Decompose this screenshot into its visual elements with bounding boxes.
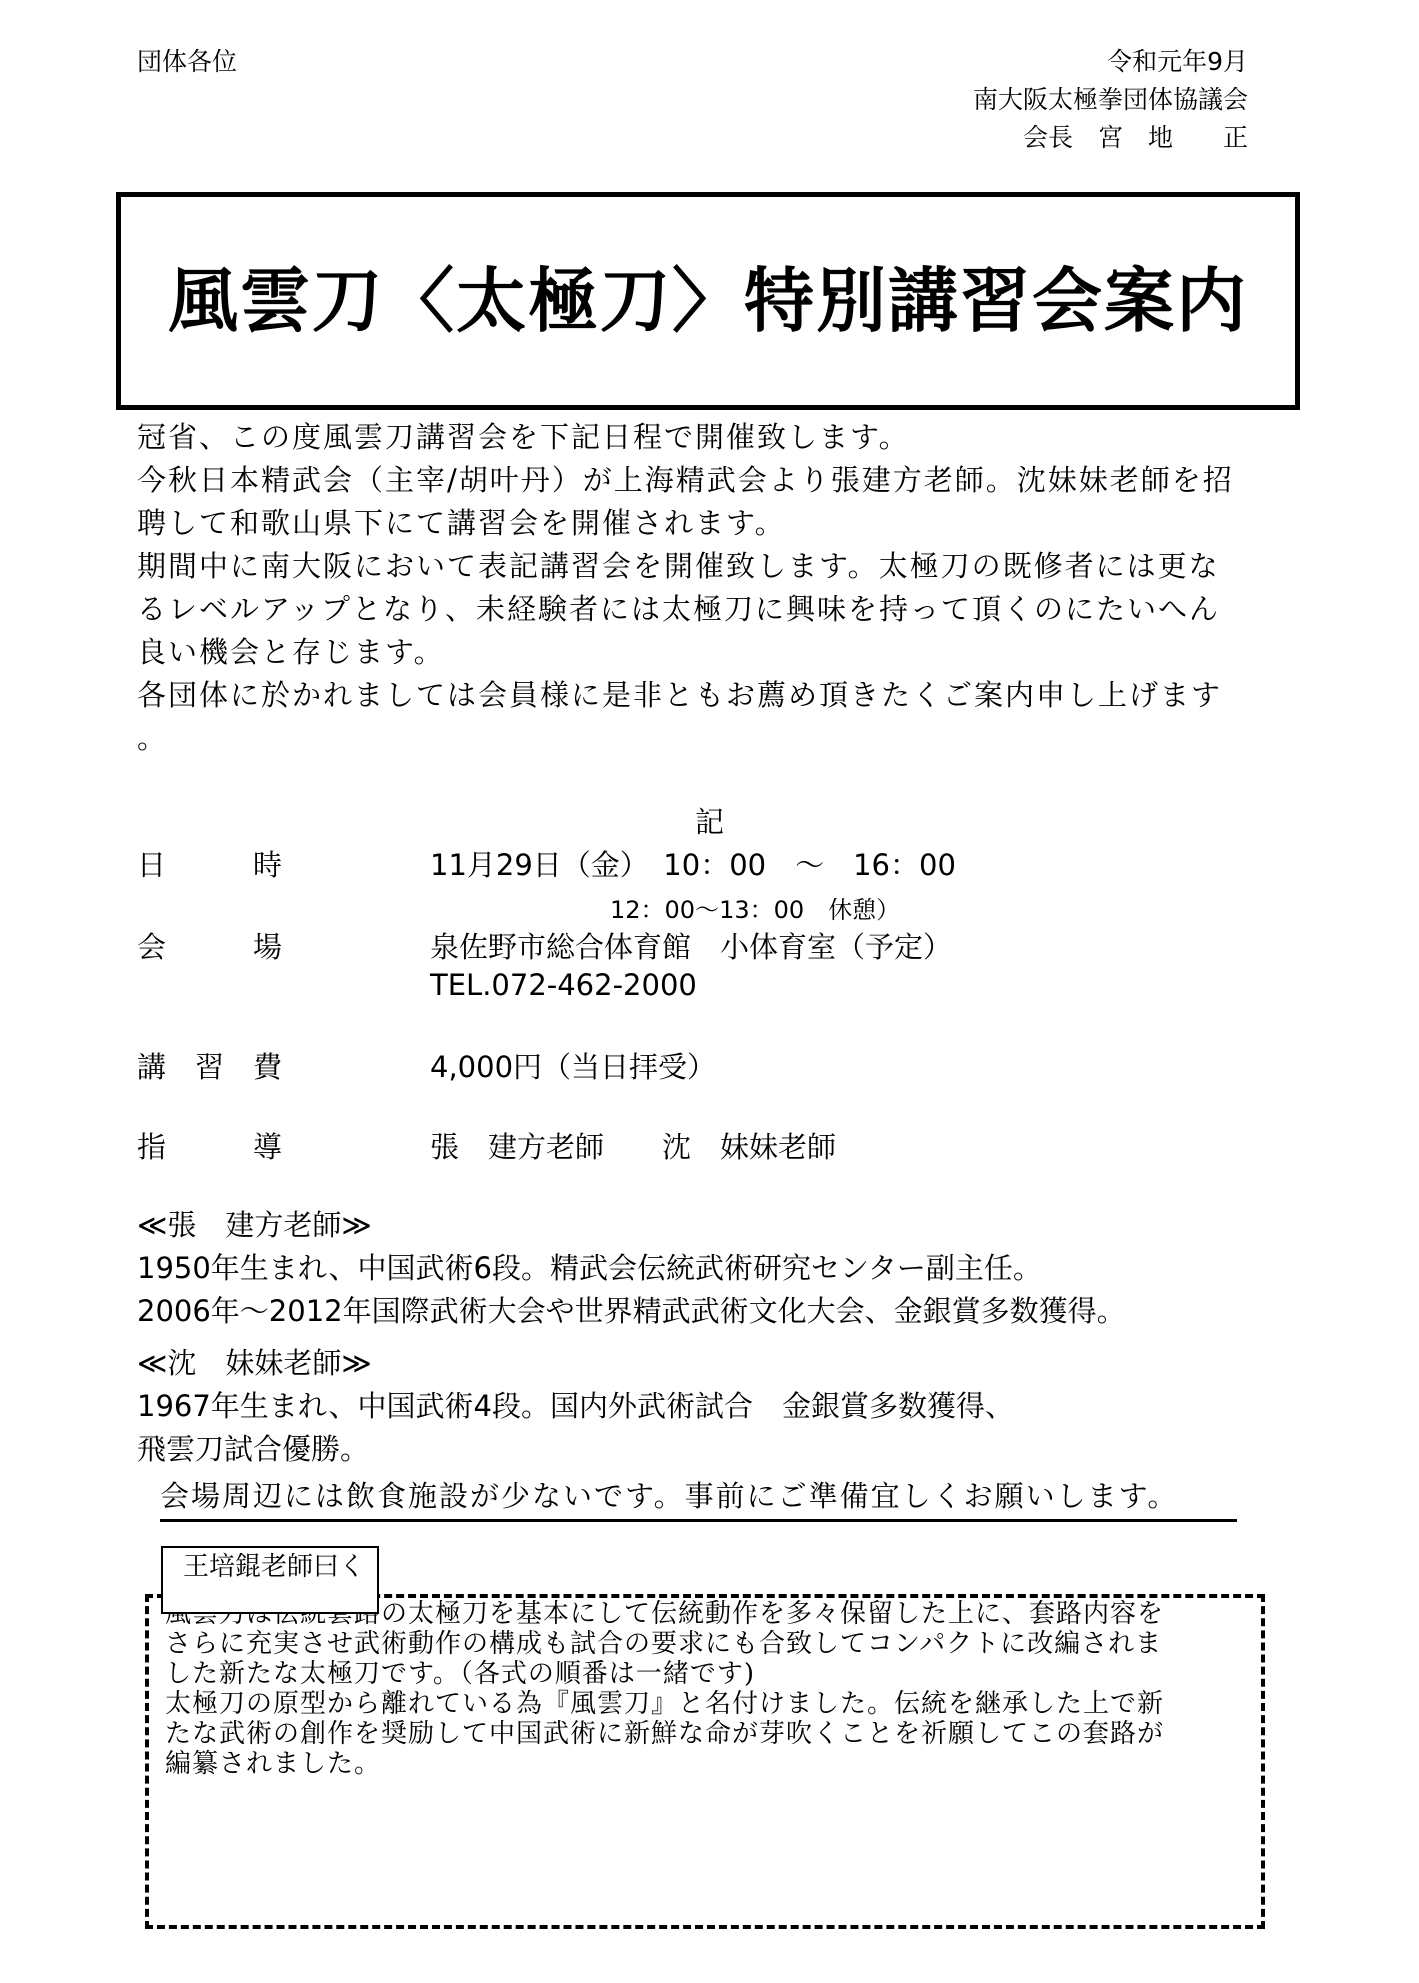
intro-line: 聘して和歌山県下にて講習会を開催されます。 [137, 502, 1234, 545]
intro-line: 冠省、この度風雲刀講習会を下記日程で開催致します。 [137, 416, 1234, 459]
fee-label: 講 習 費 [137, 1045, 282, 1086]
addressee: 団体各位 [137, 44, 237, 80]
title-box: 風雲刀〈太極刀〉特別講習会案内 [116, 192, 1300, 410]
signatory: 会長 宮 地 正 [1023, 120, 1248, 156]
issue-date: 令和元年9月 [1107, 44, 1248, 80]
profile-line: 飛雲刀試合優勝。 [137, 1428, 1014, 1471]
fee-value: 4,000円（当日拝受） [430, 1045, 716, 1086]
caution-notice: 会場周辺には飲食施設が少ないです。事前にご準備宜しくお願いします。 [160, 1474, 1237, 1522]
venue-label: 会 場 [137, 925, 282, 966]
instructors-value: 張 建方老師 沈 妹妹老師 [430, 1125, 836, 1166]
document-title: 風雲刀〈太極刀〉特別講習会案内 [121, 259, 1295, 343]
profile-shen: ≪沈 妹妹老師≫ 1967年生まれ、中国武術4段。国内外武術試合 金銀賞多数獲得… [137, 1342, 1014, 1471]
datetime-value: 11月29日（金） 10：00 ～ 16：00 [430, 843, 956, 884]
intro-line: るレベルアップとなり、未経験者には太極刀に興味を持って頂くのにたいへん [137, 588, 1234, 631]
quote-line: した新たな太極刀です。（各式の順番は一緒です) [165, 1659, 1245, 1689]
profile-line: 1967年生まれ、中国武術4段。国内外武術試合 金銀賞多数獲得、 [137, 1385, 1014, 1428]
profile-heading: ≪張 建方老師≫ [137, 1204, 1126, 1247]
quote-label: 王培錕老師曰く [161, 1546, 379, 1614]
datetime-label: 日 時 [137, 843, 282, 884]
organization-name: 南大阪太極拳団体協議会 [973, 82, 1248, 118]
intro-line: 今秋日本精武会（主宰/胡叶丹）が上海精武会より張建方老師。沈妹妹老師を招 [137, 459, 1234, 502]
profile-line: 1950年生まれ、中国武術6段。精武会伝統武術研究センター副主任。 [137, 1247, 1126, 1290]
profile-heading: ≪沈 妹妹老師≫ [137, 1342, 1014, 1385]
quote-line: 太極刀の原型から離れている為『風雲刀』と名付けました。伝統を継承した上で新 [165, 1689, 1245, 1719]
profile-line: 2006年～2012年国際武術大会や世界精武武術文化大会、金銀賞多数獲得。 [137, 1290, 1126, 1333]
intro-line: 期間中に南大阪において表記講習会を開催致します。太極刀の既修者には更な [137, 545, 1234, 588]
quote-line: 編纂されました。 [165, 1749, 1245, 1779]
break-time-note: 12：00～13：00 休憩） [610, 890, 900, 925]
venue-phone: TEL.072-462-2000 [430, 968, 697, 1002]
quote-line: たな武術の創作を奨励して中国武術に新鮮な命が芽吹くことを祈願してこの套路が [165, 1719, 1245, 1749]
profile-zhang: ≪張 建方老師≫ 1950年生まれ、中国武術6段。精武会伝統武術研究センター副主… [137, 1204, 1126, 1333]
ki-marker: 記 [695, 800, 724, 841]
quote-text: 風雲刀は伝統套路の太極刀を基本にして伝統動作を多々保留した上に、套路内容を さら… [165, 1599, 1245, 1779]
instructors-label: 指 導 [137, 1125, 282, 1166]
venue-value: 泉佐野市総合体育館 小体育室（予定） [430, 925, 952, 966]
quote-line: さらに充実させ武術動作の構成も試合の要求にも合致してコンパクトに改編されま [165, 1629, 1245, 1659]
intro-line: 。 [137, 717, 1234, 760]
intro-line: 良い機会と存じます。 [137, 631, 1234, 674]
intro-paragraph: 冠省、この度風雲刀講習会を下記日程で開催致します。 今秋日本精武会（主宰/胡叶丹… [137, 416, 1234, 760]
intro-line: 各団体に於かれましては会員様に是非ともお薦め頂きたくご案内申し上げます [137, 674, 1234, 717]
